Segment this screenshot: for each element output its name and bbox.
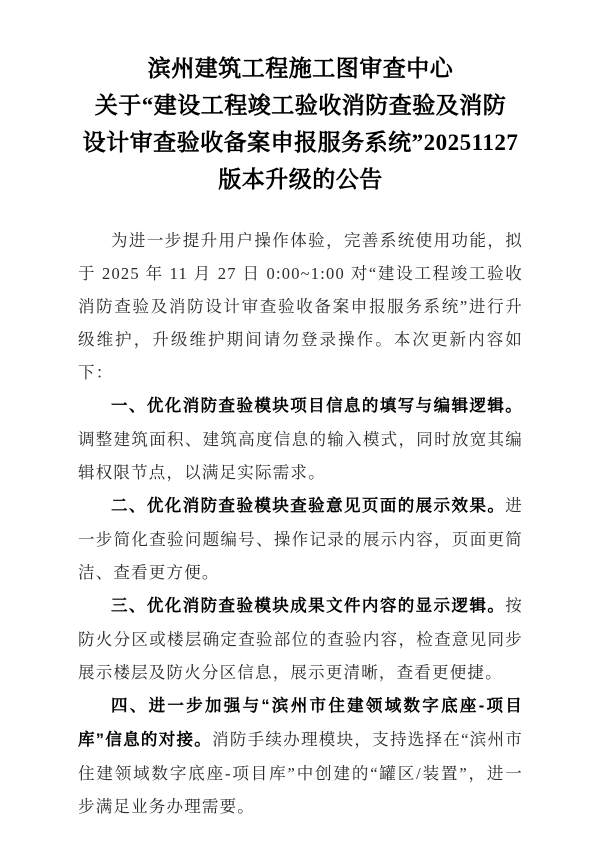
update-item-3: 三、优化消防查验模块成果文件内容的显示逻辑。按防火分区或楼层确定查验部位的查验内… <box>78 589 523 689</box>
document-page: 滨州建筑工程施工图审查中心 关于“建设工程竣工验收消防查验及消防 设计审查验收备… <box>0 0 600 859</box>
title-line-4: 版本升级的公告 <box>78 161 523 198</box>
update-item-3-heading: 三、优化消防查验模块成果文件内容的显示逻辑。 <box>111 597 505 615</box>
document-title: 滨州建筑工程施工图审查中心 关于“建设工程竣工验收消防查验及消防 设计审查验收备… <box>78 50 523 198</box>
document-body: 为进一步提升用户操作体验，完善系统使用功能，拟于 2025 年 11 月 27 … <box>78 224 523 823</box>
update-item-1-heading: 一、优化消防查验模块项目信息的填写与编辑逻辑。 <box>111 397 523 415</box>
title-line-2: 关于“建设工程竣工验收消防查验及消防 <box>78 87 523 124</box>
intro-paragraph: 为进一步提升用户操作体验，完善系统使用功能，拟于 2025 年 11 月 27 … <box>78 224 523 389</box>
title-line-3: 设计审查验收备案申报服务系统”20251127 <box>78 124 523 161</box>
title-line-1: 滨州建筑工程施工图审查中心 <box>78 50 523 87</box>
update-item-1-body: 调整建筑面积、建筑高度信息的输入模式，同时放宽其编辑权限节点，以满足实际需求。 <box>78 430 523 482</box>
update-item-4: 四、进一步加强与“滨州市住建领域数字底座-项目库”信息的对接。消防手续办理模块，… <box>78 689 523 823</box>
update-item-2-heading: 二、优化消防查验模块查验意见页面的展示效果。 <box>111 497 505 515</box>
update-item-2: 二、优化消防查验模块查验意见页面的展示效果。进一步简化查验问题编号、操作记录的展… <box>78 489 523 589</box>
update-item-1: 一、优化消防查验模块项目信息的填写与编辑逻辑。调整建筑面积、建筑高度信息的输入模… <box>78 389 523 489</box>
